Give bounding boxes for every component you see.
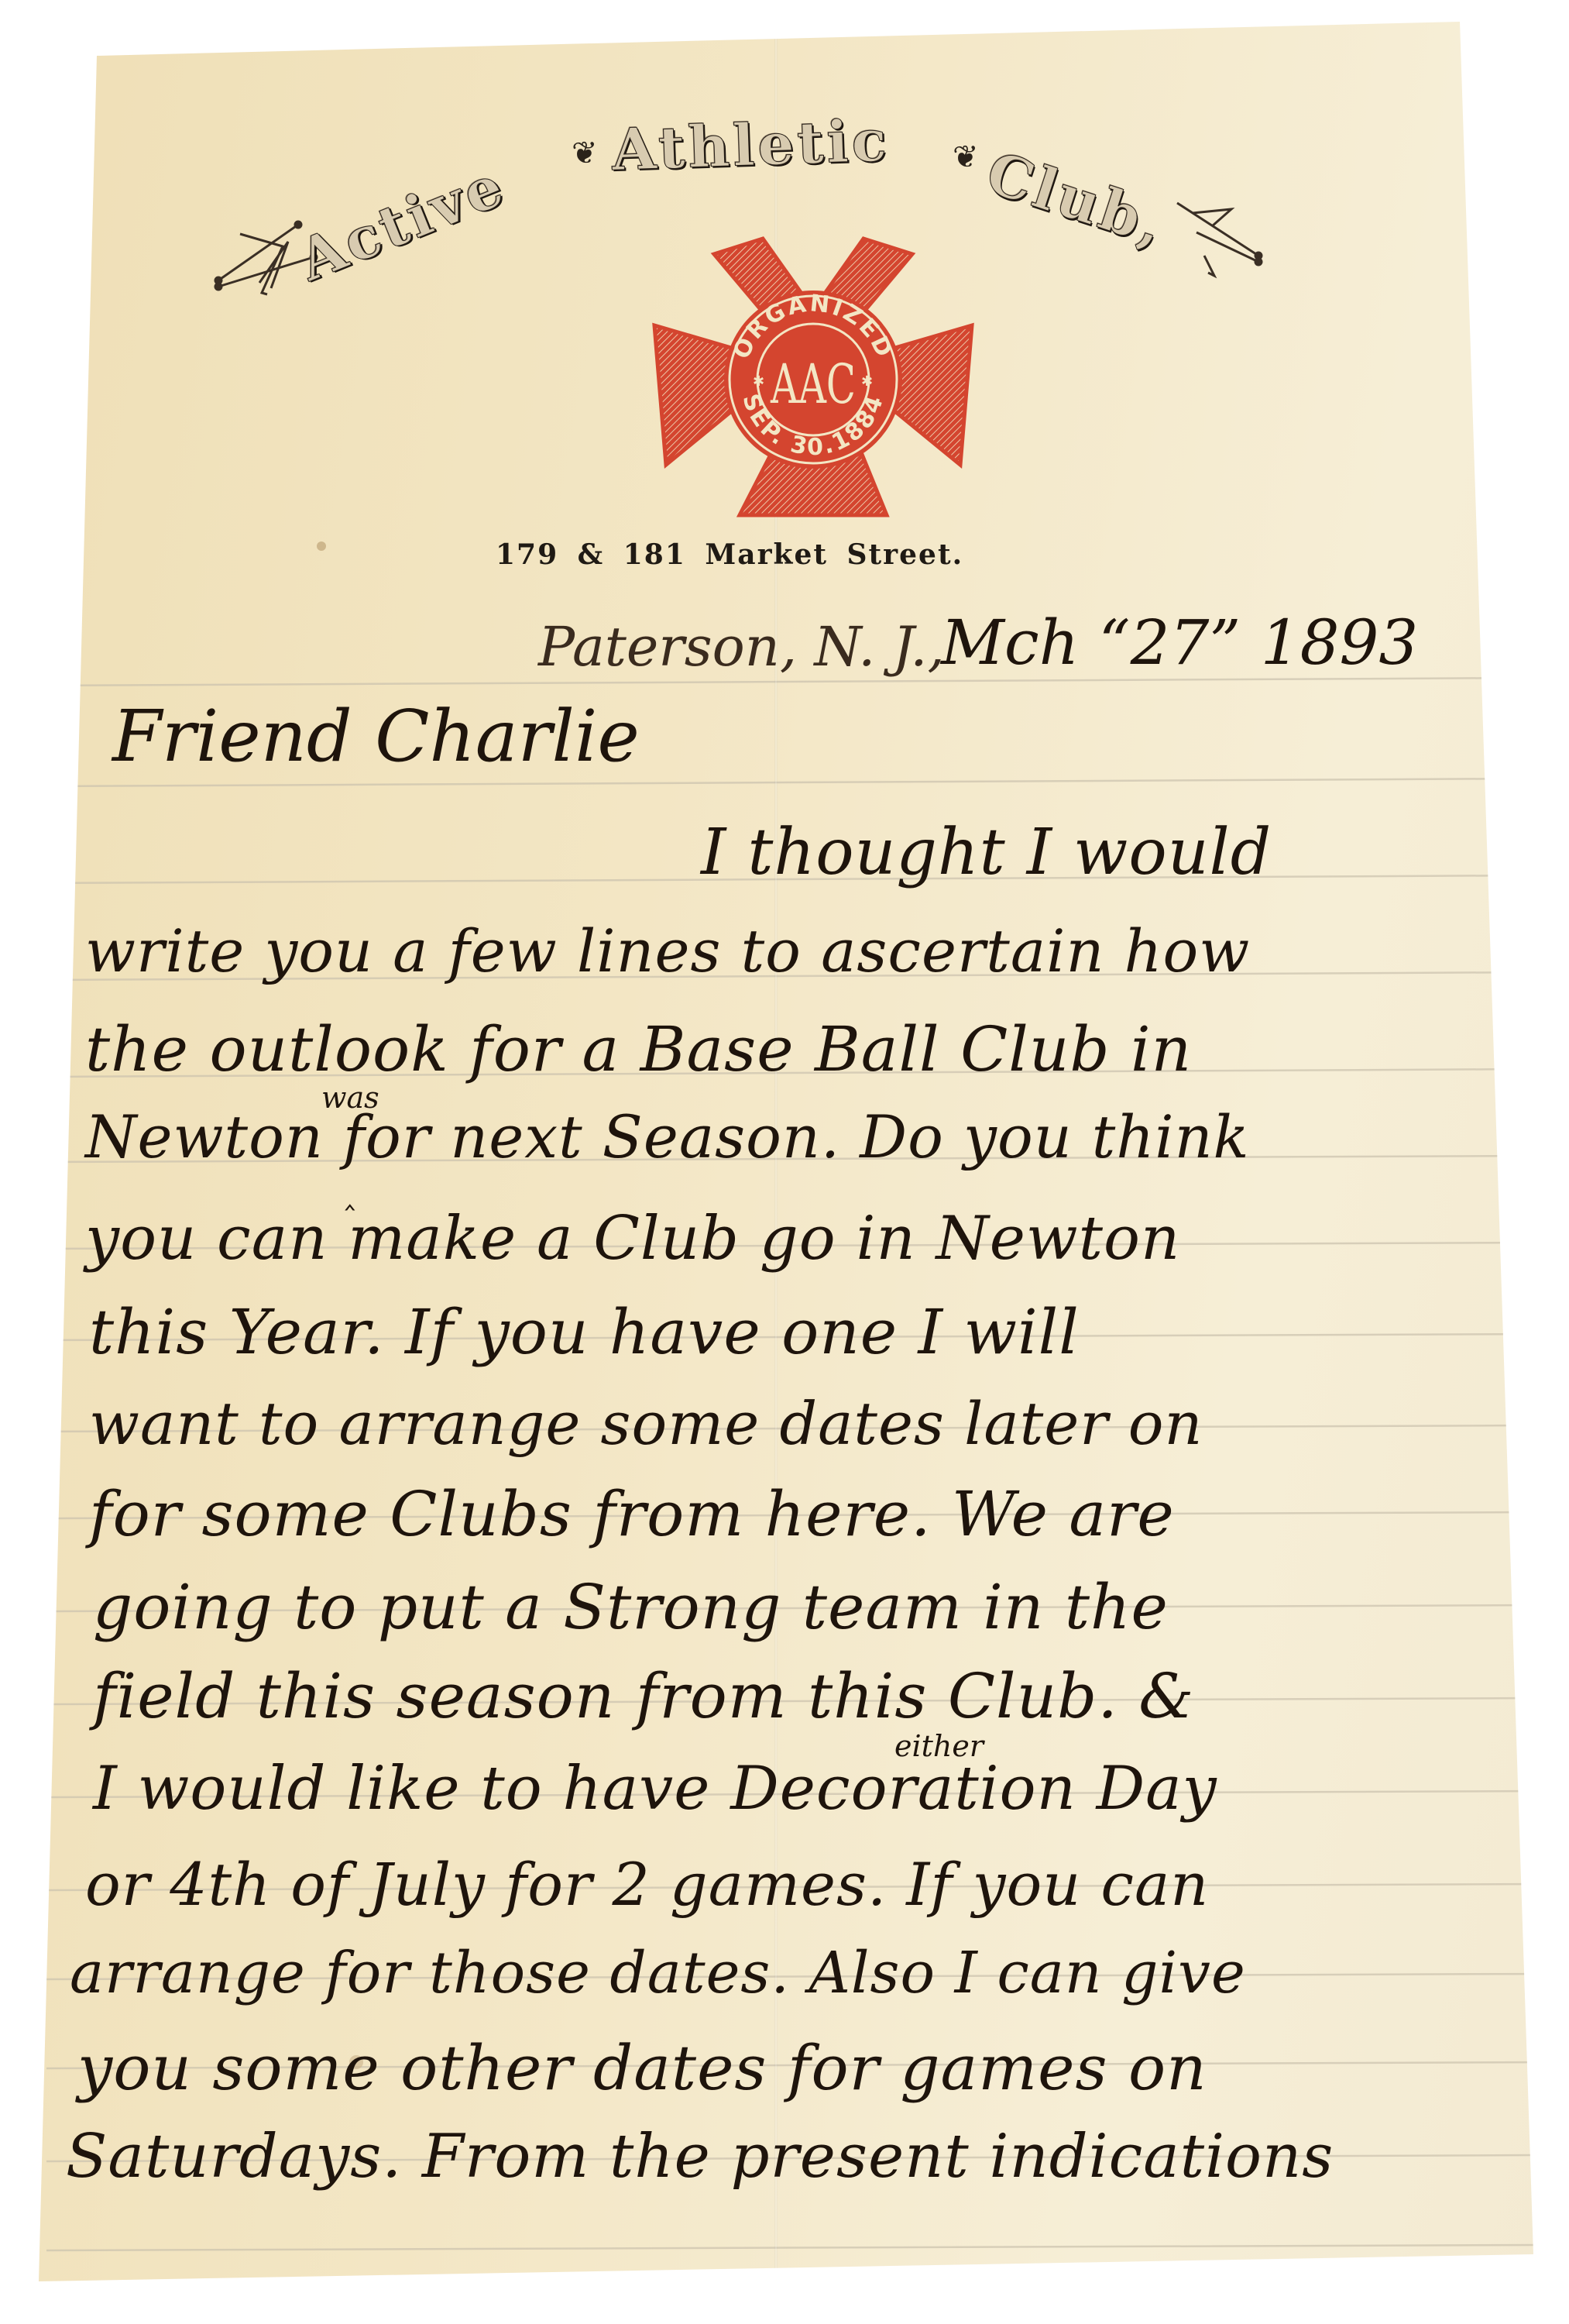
letterhead-address: 179 & 181 Market Street.: [496, 538, 963, 571]
letterhead-word-athletic: Athletic: [611, 108, 891, 184]
letter-line: the outlook for a Base Ball Club in: [85, 1019, 1192, 1081]
letter-line: this Year. If you have one I will: [89, 1301, 1080, 1363]
emblem-monogram: AAC: [770, 352, 856, 416]
letter-line: want to arrange some dates later on: [89, 1394, 1203, 1453]
separator-icon: ❦: [572, 136, 598, 171]
letter-line: Newton for next Season. Do you think: [85, 1108, 1250, 1167]
letter-line: you some other dates for games on: [77, 2037, 1207, 2099]
maltese-cross-emblem-icon: ORGANIZED SEP. 30.1884 ✱ ✱ AAC: [612, 209, 1015, 535]
letterhead-word-active: Active: [290, 152, 515, 294]
separator-icon: ❦: [953, 139, 979, 175]
letter-date: Mch “27” 1893: [941, 612, 1418, 674]
club-emblem: ORGANIZED SEP. 30.1884 ✱ ✱ AAC: [612, 209, 1015, 535]
letter-line: for some Clubs from here. We are: [89, 1483, 1175, 1545]
letter-line: I would like to have Decoration Day: [93, 1758, 1217, 1819]
svg-text:✱: ✱: [861, 373, 873, 389]
svg-text:✱: ✱: [753, 373, 764, 389]
letter-place: Paterson, N. J.,: [538, 620, 945, 674]
letter-line: or 4th of July for 2 games. If you can: [85, 1855, 1209, 1914]
letter-line: field this season from this Club. &: [93, 1666, 1194, 1728]
letter-line: I thought I would: [701, 821, 1272, 885]
letter-line: going to put a Strong team in the: [93, 1576, 1169, 1638]
letter-line: Saturdays. From the present indications: [66, 2126, 1334, 2187]
letter-line: you can make a Club go in Newton: [85, 1208, 1180, 1269]
letter-line: write you a few lines to ascertain how: [85, 922, 1250, 981]
letter-salutation: Friend Charlie: [112, 701, 640, 772]
letter-line: arrange for those dates. Also I can give: [70, 1944, 1246, 2002]
